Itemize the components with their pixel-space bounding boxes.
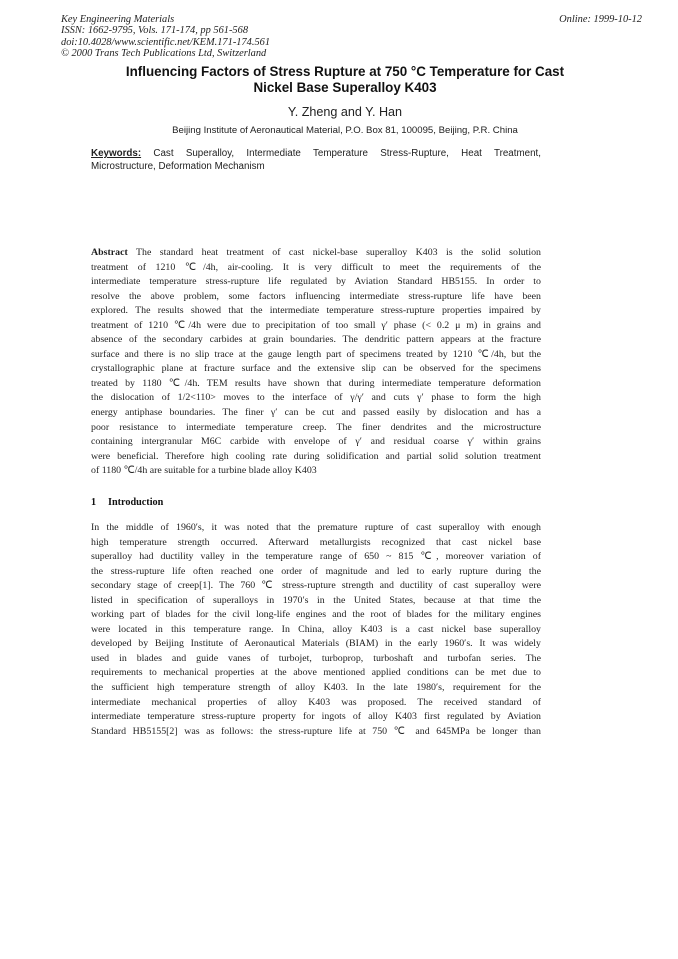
abstract-line: treatment of 1210 ℃/4h were due to preci… (91, 319, 541, 334)
abstract-line: resolve the above problem, some factors … (91, 290, 541, 305)
keywords: Keywords: Cast Superalloy, Intermediate … (91, 147, 541, 173)
abstract-line: of 1180 ℃/4h are suitable for a turbine … (91, 464, 541, 479)
abstract-line: containing intergranular M6C carbide wit… (91, 435, 541, 450)
abstract-line: intermediate temperature stress-rupture … (91, 275, 541, 290)
abstract-line: the dislocation of 1/2<110> moves to the… (91, 391, 541, 406)
intro-line: Standard HB5155[2] was as follows: the s… (91, 725, 541, 740)
intro-line: secondary stage of creep[1]. The 760 ℃ s… (91, 579, 541, 594)
intro-line: requirements to mechanical properties at… (91, 666, 541, 681)
intro-line: superalloy had ductility valley in the t… (91, 550, 541, 565)
copyright-line: © 2000 Trans Tech Publications Ltd, Swit… (61, 48, 270, 59)
section-title: Introduction (108, 497, 163, 508)
paper-page: Key Engineering Materials ISSN: 1662-979… (0, 0, 678, 959)
introduction-body: In the middle of 1960′s, it was noted th… (91, 521, 541, 739)
intro-line: the stress-rupture life often reached on… (91, 565, 541, 580)
abstract-line: crystallographic plane at fracture surfa… (91, 362, 541, 377)
intro-line: were located in this temperature range. … (91, 623, 541, 638)
intro-line: intermediate temperature stress-rupture … (91, 710, 541, 725)
issn-line: ISSN: 1662-9795, Vols. 171-174, pp 561-5… (61, 25, 270, 36)
abstract-line: absence of the secondary carbides at gra… (91, 333, 541, 348)
abstract-label: Abstract (91, 247, 128, 258)
intro-line: developed by Beijing Institute of Aerona… (91, 637, 541, 652)
abstract: Abstract The standard heat treatment of … (91, 246, 541, 479)
intro-line: working part of blades for the civil lon… (91, 608, 541, 623)
paper-title: Influencing Factors of Stress Rupture at… (80, 64, 610, 95)
keywords-text: Cast Superalloy, Intermediate Temperatur… (91, 148, 541, 172)
section-heading-introduction: 1Introduction (91, 497, 163, 509)
title-line-2: Nickel Base Superalloy K403 (80, 80, 610, 96)
online-date: Online: 1999-10-12 (559, 14, 642, 25)
intro-line: In the middle of 1960′s, it was noted th… (91, 521, 541, 536)
doi-line[interactable]: doi:10.4028/www.scientific.net/KEM.171-1… (61, 37, 270, 48)
journal-meta: Key Engineering Materials ISSN: 1662-979… (61, 14, 270, 60)
abstract-line: treated by 1180 ℃/4h. TEM results have s… (91, 377, 541, 392)
abstract-line: explored. The results showed that the in… (91, 304, 541, 319)
abstract-line: Abstract The standard heat treatment of … (91, 246, 541, 261)
intro-line: listed in specification of superalloys i… (91, 594, 541, 609)
abstract-line: energy antiphase boundaries. The finer γ… (91, 406, 541, 421)
keywords-label: Keywords: (91, 148, 141, 159)
intro-line: the sufficient high temperature strength… (91, 681, 541, 696)
abstract-line: treatment of 1210 ℃/4h, air-cooling. It … (91, 261, 541, 276)
intro-line: intermediate mechanical properties of al… (91, 696, 541, 711)
abstract-line: were beneficial. Therefore high cooling … (91, 450, 541, 465)
abstract-line: surface and there is no slip trace at th… (91, 348, 541, 363)
section-number: 1 (91, 497, 108, 509)
intro-line: high temperature strength occurred. Afte… (91, 536, 541, 551)
affiliation: Beijing Institute of Aeronautical Materi… (80, 125, 610, 136)
intro-line: used in blades and guide vanes of turboj… (91, 652, 541, 667)
journal-name: Key Engineering Materials (61, 14, 270, 25)
abstract-line: poor resistance to intermediate temperat… (91, 421, 541, 436)
authors: Y. Zheng and Y. Han (80, 105, 610, 119)
title-line-1: Influencing Factors of Stress Rupture at… (80, 64, 610, 80)
